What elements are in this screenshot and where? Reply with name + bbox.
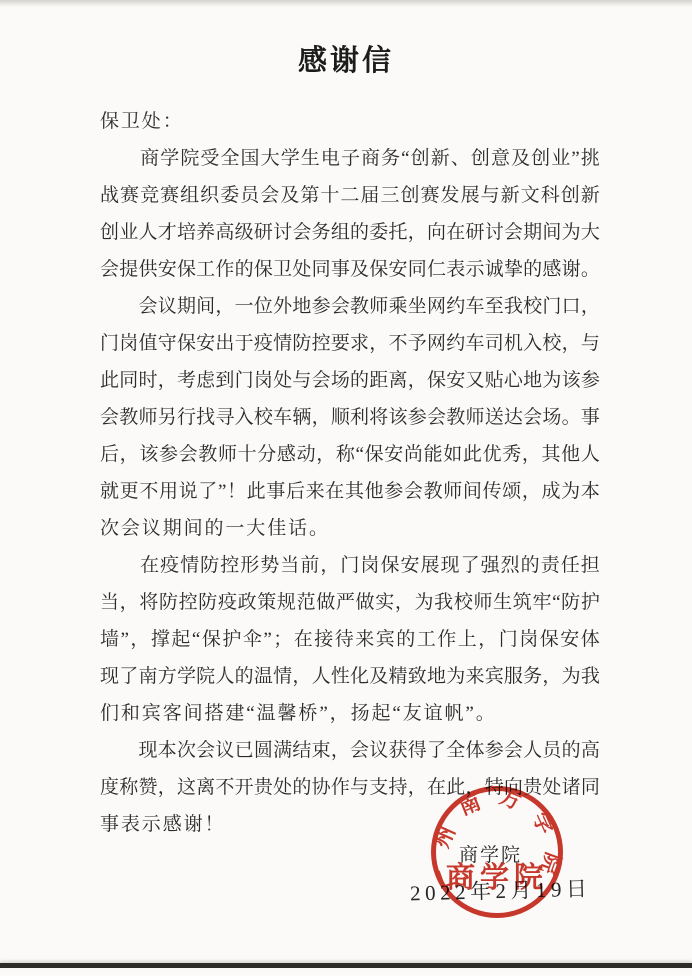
official-seal-stamp: 广州南方学院 商学院 [426,781,568,923]
letter-line: 次会议期间的一大佳话。 [100,510,600,547]
seal-bottom-text: 商学院 [446,860,548,894]
letter-line: 门岗值守保安出于疫情防控要求，不予网约车司机入校，与 [100,325,600,362]
letter-title: 感谢信 [0,42,692,80]
letter-line: 会议期间，一位外地参会教师乘坐网约车至我校门口， [100,288,600,325]
letter-line: 墙”，撑起“保护伞”；在接待来宾的工作上，门岗保安体 [100,621,600,658]
letter-line: 会教师另行找寻入校车辆，顺利将该参会教师送达会场。事 [100,399,600,436]
letter-line: 战赛竞赛组织委员会及第十二届三创赛发展与新文科创新 [100,177,600,214]
letter-line: 保卫处： [100,103,600,140]
letter-line: 会提供安保工作的保卫处同事及保安同仁表示诚挚的感谢。 [100,251,600,288]
scan-edge-artifact-bottom [0,963,692,968]
letter-line: 现本次会议已圆满结束，会议获得了全体参会人员的高 [100,732,600,769]
letter-line: 此同时，考虑到门岗处与会场的距离，保安又贴心地为该参 [100,362,600,399]
scan-edge-artifact-top [0,0,692,7]
letter-line: 现了南方学院人的温情，人性化及精致地为来宾服务，为我 [100,658,600,695]
letter-line: 当，将防控防疫政策规范做严做实，为我校师生筑牢“防护 [100,584,600,621]
letter-line: 就更不用说了”！此事后来在其他参会教师间传颂，成为本 [100,473,600,510]
seal-ring [434,789,561,916]
letter-body: 保卫处： 商学院受全国大学生电子商务“创新、创意及创业”挑战赛竞赛组织委员会及第… [100,103,600,843]
letter-line: 后，该参会教师十分感动，称“保安尚能如此优秀，其他人 [100,436,600,473]
scanned-letter-page: 感谢信 保卫处： 商学院受全国大学生电子商务“创新、创意及创业”挑战赛竞赛组织委… [0,0,692,976]
letter-line: 商学院受全国大学生电子商务“创新、创意及创业”挑 [100,140,600,177]
letter-line: 创业人才培养高级研讨会务组的委托，向在研讨会期间为大 [100,214,600,251]
letter-line: 在疫情防控形势当前，门岗保安展现了强烈的责任担 [100,547,600,584]
letter-line: 们和宾客间搭建“温馨桥”，扬起“友谊帆”。 [100,695,600,732]
